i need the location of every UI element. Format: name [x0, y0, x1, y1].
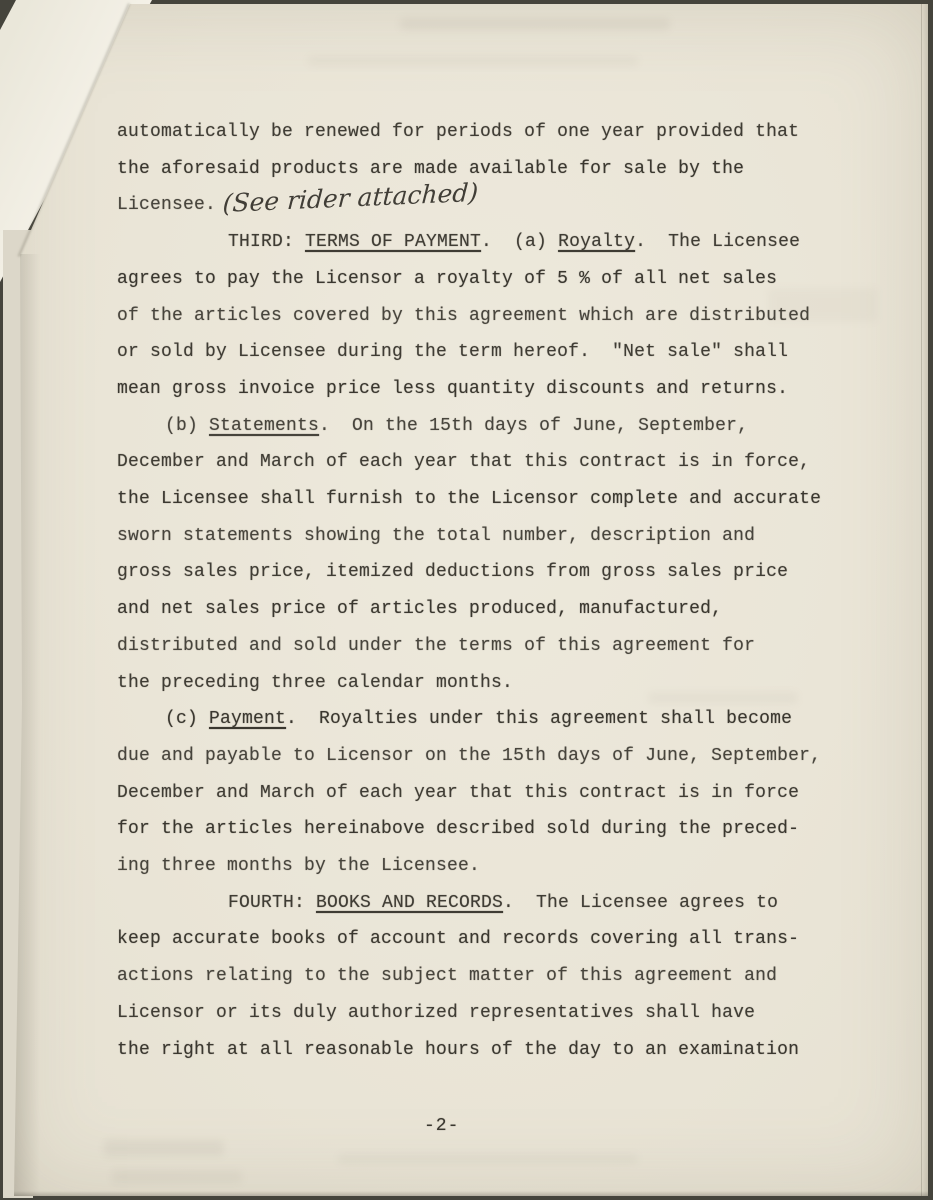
page-bottom-edge-shadow [8, 1191, 928, 1196]
text-segment: for the articles hereinabove described s… [117, 819, 799, 839]
text-segment: Licensee. [117, 195, 216, 215]
text-segment: (c) [165, 709, 209, 729]
document-line: (b) Statements. On the 15th days of June… [117, 408, 877, 445]
document-line: Licensee.(See rider attached) [117, 187, 877, 224]
document-line: THIRD: TERMS OF PAYMENT. (a) Royalty. Th… [117, 224, 877, 261]
text-segment: BOOKS AND RECORDS [316, 893, 503, 913]
text-segment: automatically be renewed for periods of … [117, 122, 799, 142]
text-segment: . On the 15th days of June, September, [319, 416, 748, 436]
text-segment: December and March of each year that thi… [117, 452, 810, 472]
document-line: gross sales price, itemized deductions f… [117, 554, 877, 591]
text-segment: the aforesaid products are made availabl… [117, 159, 744, 179]
text-segment: of the articles covered by this agreemen… [117, 306, 810, 326]
text-segment: TERMS OF PAYMENT [305, 232, 481, 252]
text-segment: Royalty [558, 232, 635, 252]
document-line: due and payable to Licensor on the 15th … [117, 738, 877, 775]
text-segment: . The Licensee [635, 232, 800, 252]
text-segment: Licensor or its duly authorized represen… [117, 1003, 755, 1023]
document-line: automatically be renewed for periods of … [117, 114, 877, 151]
document-line: ing three months by the Licensee. [117, 848, 877, 885]
text-segment: . (a) [481, 232, 558, 252]
page-number: -2- [424, 1116, 459, 1136]
text-segment: . Royalties under this agreement shall b… [286, 709, 792, 729]
bleed-through-mark [400, 18, 670, 30]
text-segment: . The Licensee agrees to [503, 893, 778, 913]
document-line: Licensor or its duly authorized represen… [117, 995, 877, 1032]
document-line: or sold by Licensee during the term here… [117, 334, 877, 371]
text-segment: mean gross invoice price less quantity d… [117, 379, 788, 399]
text-segment: or sold by Licensee during the term here… [117, 342, 788, 362]
text-segment: December and March of each year that thi… [117, 783, 799, 803]
document-line: mean gross invoice price less quantity d… [117, 371, 877, 408]
text-segment: the right at all reasonable hours of the… [117, 1040, 799, 1060]
document-line: agrees to pay the Licensor a royalty of … [117, 261, 877, 298]
page-right-edge-shadow [922, 4, 928, 1196]
text-segment: sworn statements showing the total numbe… [117, 526, 755, 546]
text-segment: ing three months by the Licensee. [117, 856, 480, 876]
text-segment: distributed and sold under the terms of … [117, 636, 755, 656]
document-line: actions relating to the subject matter o… [117, 958, 877, 995]
text-segment: Payment [209, 709, 286, 729]
text-segment: the preceding three calendar months. [117, 673, 513, 693]
document-line: the aforesaid products are made availabl… [117, 151, 877, 188]
text-segment: and net sales price of articles produced… [117, 599, 722, 619]
document-line: December and March of each year that thi… [117, 444, 877, 481]
text-segment: due and payable to Licensor on the 15th … [117, 746, 821, 766]
bleed-through-mark [308, 56, 638, 66]
text-segment: Statements [209, 416, 319, 436]
text-segment: FOURTH: [228, 893, 316, 913]
document-line: distributed and sold under the terms of … [117, 628, 877, 665]
scan-background: automatically be renewed for periods of … [0, 0, 933, 1200]
document-line: FOURTH: BOOKS AND RECORDS. The Licensee … [117, 885, 877, 922]
text-segment: agrees to pay the Licensor a royalty of … [117, 269, 777, 289]
typed-text: automatically be renewed for periods of … [117, 114, 877, 1068]
document-page: automatically be renewed for periods of … [8, 4, 928, 1196]
document-line: of the articles covered by this agreemen… [117, 298, 877, 335]
text-segment: THIRD: [228, 232, 305, 252]
document-line: sworn statements showing the total numbe… [117, 518, 877, 555]
text-segment: keep accurate books of account and recor… [117, 929, 799, 949]
bleed-through-mark [338, 1154, 638, 1164]
bleed-through-mark [104, 1140, 224, 1156]
document-line: the right at all reasonable hours of the… [117, 1032, 877, 1069]
document-line: December and March of each year that thi… [117, 775, 877, 812]
document-line: the preceding three calendar months. [117, 665, 877, 702]
document-line: and net sales price of articles produced… [117, 591, 877, 628]
text-segment: actions relating to the subject matter o… [117, 966, 777, 986]
text-segment: gross sales price, itemized deductions f… [117, 562, 788, 582]
text-segment: the Licensee shall furnish to the Licens… [117, 489, 821, 509]
document-line: keep accurate books of account and recor… [117, 921, 877, 958]
document-line: for the articles hereinabove described s… [117, 811, 877, 848]
text-segment: (b) [165, 416, 209, 436]
document-line: the Licensee shall furnish to the Licens… [117, 481, 877, 518]
bleed-through-mark [112, 1170, 242, 1184]
document-line: (c) Payment. Royalties under this agreem… [117, 701, 877, 738]
